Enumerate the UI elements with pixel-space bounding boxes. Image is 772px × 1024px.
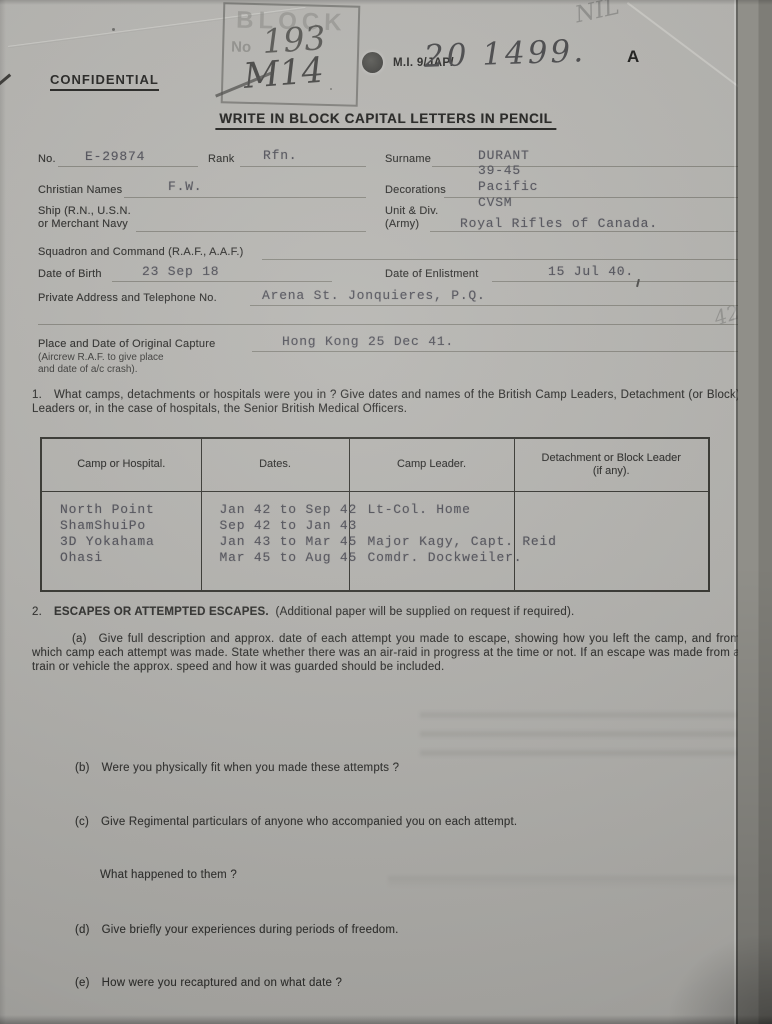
- field-label-christian-names: Christian Names: [38, 184, 122, 196]
- question-2b: (b)Were you physically fit when you made…: [75, 761, 399, 775]
- ruled-line: [240, 166, 366, 167]
- ruled-line: [492, 281, 738, 282]
- table-row: North PointJan 42 to Sep 42Lt-Col. Home: [41, 491, 709, 518]
- question-2b-text: Were you physically fit when you made th…: [102, 762, 400, 774]
- question-2d-text: Give briefly your experiences during per…: [102, 924, 399, 936]
- scanned-form-page: CONFIDENTIAL BLOCK No 193 M14 M.I. 9/JAP…: [0, 0, 772, 1024]
- table-cell: Mar 45 to Aug 45: [201, 550, 349, 566]
- ruled-line: [136, 231, 366, 232]
- field-label-decorations: Decorations: [385, 184, 446, 196]
- block-stamp: BLOCK No 193 M14: [221, 2, 361, 107]
- hole-punch: [362, 52, 383, 73]
- question-2d-key: (d): [75, 924, 90, 936]
- field-value-address: Arena St. Jonquieres, P.Q.: [262, 288, 486, 303]
- field-label-unit-line2: (Army): [385, 218, 419, 230]
- table-cell: [349, 566, 514, 592]
- table-header-cell: Dates.: [201, 438, 349, 491]
- question-2-heading-row: 2.ESCAPES OR ATTEMPTED ESCAPES. (Additio…: [32, 605, 740, 619]
- field-value-capture: Hong Kong 25 Dec 41.: [282, 334, 454, 349]
- field-label-ship-line1: Ship (R.N., U.S.N.: [38, 205, 131, 217]
- field-value-surname: DURANT: [478, 148, 530, 163]
- table-cell: North Point: [41, 491, 201, 518]
- field-label-squadron: Squadron and Command (R.A.F., A.A.F.): [38, 246, 244, 258]
- table-row: 3D YokahamaJan 43 to Mar 45Major Kagy, C…: [41, 534, 709, 550]
- scan-top-edge: [0, 0, 772, 5]
- table-cell: [514, 550, 709, 566]
- scan-speck: [112, 28, 115, 31]
- field-label-unit-line1: Unit & Div.: [385, 205, 438, 217]
- question-2-number: 2.: [32, 606, 42, 618]
- question-2c-followup-text: What happened to them ?: [100, 869, 237, 881]
- table-cell: Lt-Col. Home: [349, 491, 514, 518]
- table-header-cell: Camp or Hospital.: [41, 438, 201, 491]
- question-1: 1.What camps, detachments or hospitals w…: [32, 388, 740, 416]
- camps-table-head: Camp or Hospital.Dates.Camp Leader.Detac…: [41, 438, 709, 491]
- table-row: OhasiMar 45 to Aug 45Comdr. Dockweiler.: [41, 550, 709, 566]
- table-cell: [514, 518, 709, 534]
- table-cell: [514, 491, 709, 518]
- question-2c: (c)Give Regimental particulars of anyone…: [75, 815, 517, 829]
- table-cell: Jan 43 to Mar 45: [201, 534, 349, 550]
- ruled-line: [38, 324, 738, 325]
- question-2e-text: How were you recaptured and on what date…: [102, 977, 342, 989]
- table-cell: [41, 566, 201, 592]
- table-spacer-row: [41, 566, 709, 592]
- field-value-christian-names: F.W.: [168, 179, 202, 194]
- field-label-surname: Surname: [385, 153, 431, 165]
- table-cell: Sep 42 to Jan 43: [201, 518, 349, 534]
- bleed-through-text: [388, 876, 740, 888]
- question-1-text: What camps, detachments or hospitals wer…: [32, 389, 740, 415]
- field-value-rank: Rfn.: [263, 148, 297, 163]
- camps-table: Camp or Hospital.Dates.Camp Leader.Detac…: [40, 437, 710, 592]
- table-cell: [201, 566, 349, 592]
- pencil-mark: [636, 279, 640, 287]
- field-label-date-of-birth: Date of Birth: [38, 268, 102, 280]
- table-cell: ShamShuiPo: [41, 518, 201, 534]
- table-header-cell: Camp Leader.: [349, 438, 514, 491]
- ruled-line: [252, 351, 738, 352]
- field-label-address: Private Address and Telephone No.: [38, 292, 217, 304]
- table-cell: 3D Yokahama: [41, 534, 201, 550]
- field-value-date-of-birth: 23 Sep 18: [142, 264, 219, 279]
- ruled-line: [430, 231, 738, 232]
- reference-suffix: A: [627, 47, 639, 67]
- ruled-line: [250, 305, 738, 306]
- field-label-ship-line2: or Merchant Navy: [38, 218, 128, 230]
- field-value-decorations-line2: CVSM: [478, 195, 512, 210]
- question-2a-key: (a): [72, 633, 87, 645]
- table-cell: Ohasi: [41, 550, 201, 566]
- field-value-decorations: Pacific: [478, 179, 538, 194]
- field-label-capture: Place and Date of Original Capture: [38, 338, 215, 350]
- table-header-row: Camp or Hospital.Dates.Camp Leader.Detac…: [41, 438, 709, 491]
- question-2c-followup: What happened to them ?: [100, 868, 237, 882]
- field-label-rank: Rank: [208, 153, 234, 165]
- question-2e-key: (e): [75, 977, 90, 989]
- question-2-heading: ESCAPES OR ATTEMPTED ESCAPES.: [54, 606, 269, 618]
- field-value-date-of-enlistment: 15 Jul 40.: [548, 264, 634, 279]
- field-label-no: No.: [38, 153, 56, 165]
- field-note-capture-line1: (Aircrew R.A.F. to give place: [38, 352, 164, 363]
- reference-number-handwritten: 20 1499.: [423, 33, 586, 75]
- question-2a-text: Give full description and approx. date o…: [32, 633, 740, 673]
- table-cell: [349, 518, 514, 534]
- question-2d: (d)Give briefly your experiences during …: [75, 923, 399, 937]
- field-note-capture-line2: and date of a/c crash).: [38, 364, 138, 375]
- scan-left-edge: [0, 0, 6, 1024]
- table-cell: Jan 42 to Sep 42: [201, 491, 349, 518]
- question-1-number: 1.: [32, 389, 42, 401]
- question-2a: (a)Give full description and approx. dat…: [32, 632, 740, 674]
- ruled-line: [58, 166, 198, 167]
- form-title: WRITE IN BLOCK CAPITAL LETTERS IN PENCIL: [215, 111, 556, 130]
- question-2e: (e)How were you recaptured and on what d…: [75, 976, 342, 990]
- field-label-date-of-enlistment: Date of Enlistment: [385, 268, 478, 280]
- camps-table-body: North PointJan 42 to Sep 42Lt-Col. HomeS…: [41, 491, 709, 591]
- table-row: ShamShuiPoSep 42 to Jan 43: [41, 518, 709, 534]
- stamp-no-label: No: [231, 38, 251, 56]
- table-cell: Major Kagy, Capt. Reid: [349, 534, 514, 550]
- field-value-unit: Royal Rifles of Canada.: [460, 216, 658, 231]
- question-2-note: (Additional paper will be supplied on re…: [276, 606, 575, 618]
- ruled-line: [262, 259, 738, 260]
- question-2c-key: (c): [75, 816, 89, 828]
- question-2b-key: (b): [75, 762, 90, 774]
- table-header-cell: Detachment or Block Leader (if any).: [514, 438, 709, 491]
- field-value-no: E-29874: [85, 149, 145, 164]
- classification-label: CONFIDENTIAL: [50, 72, 159, 91]
- table-cell: Comdr. Dockweiler.: [349, 550, 514, 566]
- field-value-surname-line2: 39-45: [478, 163, 521, 178]
- bleed-through-text: [420, 712, 750, 764]
- table-cell: [514, 566, 709, 592]
- question-2c-text: Give Regimental particulars of anyone wh…: [101, 816, 517, 828]
- ruled-line: [124, 197, 366, 198]
- ruled-line: [112, 281, 332, 282]
- stamp-handwritten-note: M14: [242, 51, 325, 97]
- scan-corner-shadow: [622, 894, 772, 1024]
